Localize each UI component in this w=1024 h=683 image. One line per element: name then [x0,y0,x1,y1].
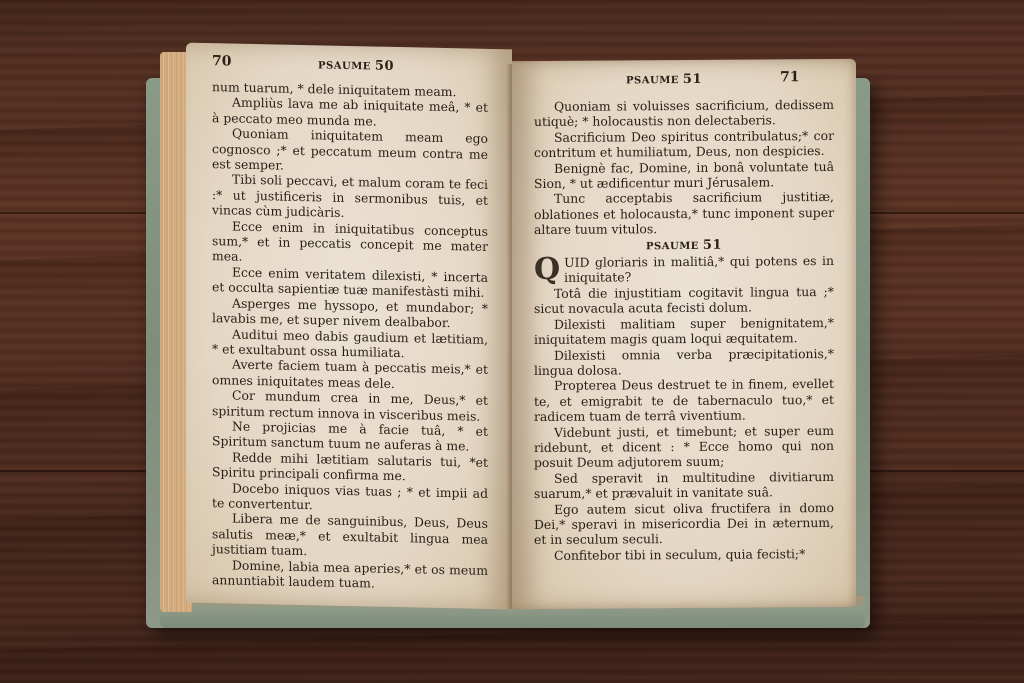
page-number: 70 [212,53,231,69]
running-head-label: PSAUME [318,60,371,72]
verse: Ego autem sicut oliva fructifera in domo… [534,500,834,548]
right-page-text: Quoniam si voluisses sacrificium, dediss… [534,97,834,563]
drop-cap: Q [534,257,560,283]
right-page-header: PSAUME 51 71 [512,59,856,85]
running-head-number: 51 [683,72,702,87]
verse: Ecce enim in iniquitatibus conceptus sum… [212,218,488,270]
left-page-header: 70 PSAUME 50 [186,43,512,74]
verse: Benignè fac, Domine, in bonâ voluntate t… [534,159,834,192]
verse: Quoniam iniquitatem meam ego cognosco ;*… [212,125,488,177]
verse: Videbunt justi, et timebunt; et super eu… [534,422,834,470]
verse: Asperges me hyssopo, et mundabor; * lava… [212,295,488,332]
verse: Totâ die injustitiam cogitavit lingua tu… [534,284,834,317]
verse: Dilexisti malitiam super benignitatem,* … [534,315,834,348]
verse: Propterea Deus destruet te in finem, eve… [534,376,834,424]
running-head-label: PSAUME [626,75,679,86]
verse: Dilexisti omnia verba præcipitationis,* … [534,345,834,378]
first-line: UID gloriaris in malitiâ,* qui potens es… [564,253,834,285]
left-page-text: num tuarum, * dele iniquitatem meam. Amp… [212,79,488,593]
running-head: PSAUME 51 [626,72,702,88]
verse: Sacrificium Deo spiritus contribulatus;*… [534,128,834,161]
right-page: PSAUME 51 71 Quoniam si voluisses sacrif… [512,59,856,609]
verse: Tunc acceptabis sacrificium justitiæ, ob… [534,189,834,237]
verse: Domine, labia mea aperies,* et os meum a… [212,557,488,594]
verse: Quoniam si voluisses sacrificium, dediss… [534,97,834,130]
psalm-heading-label: PSAUME [646,241,699,252]
open-book: 70 PSAUME 50 num tuarum, * dele iniquita… [0,0,1024,683]
running-head-number: 50 [375,59,394,74]
verse: Tibi soli peccavi, et malum coram te fec… [212,172,488,224]
verse: Sed speravit in multitudine divitiarum s… [534,469,834,502]
running-head: PSAUME 50 [318,57,394,74]
verse: Libera me de sanguinibus, Deus, Deus sal… [212,511,488,563]
verse: Confitebor tibi in seculum, quia fecisti… [534,546,834,564]
left-page: 70 PSAUME 50 num tuarum, * dele iniquita… [186,43,512,610]
verse-with-drop-cap: QUID gloriaris in malitiâ,* qui potens e… [534,253,834,286]
page-number: 71 [780,69,799,85]
psalm-heading-number: 51 [703,237,722,252]
